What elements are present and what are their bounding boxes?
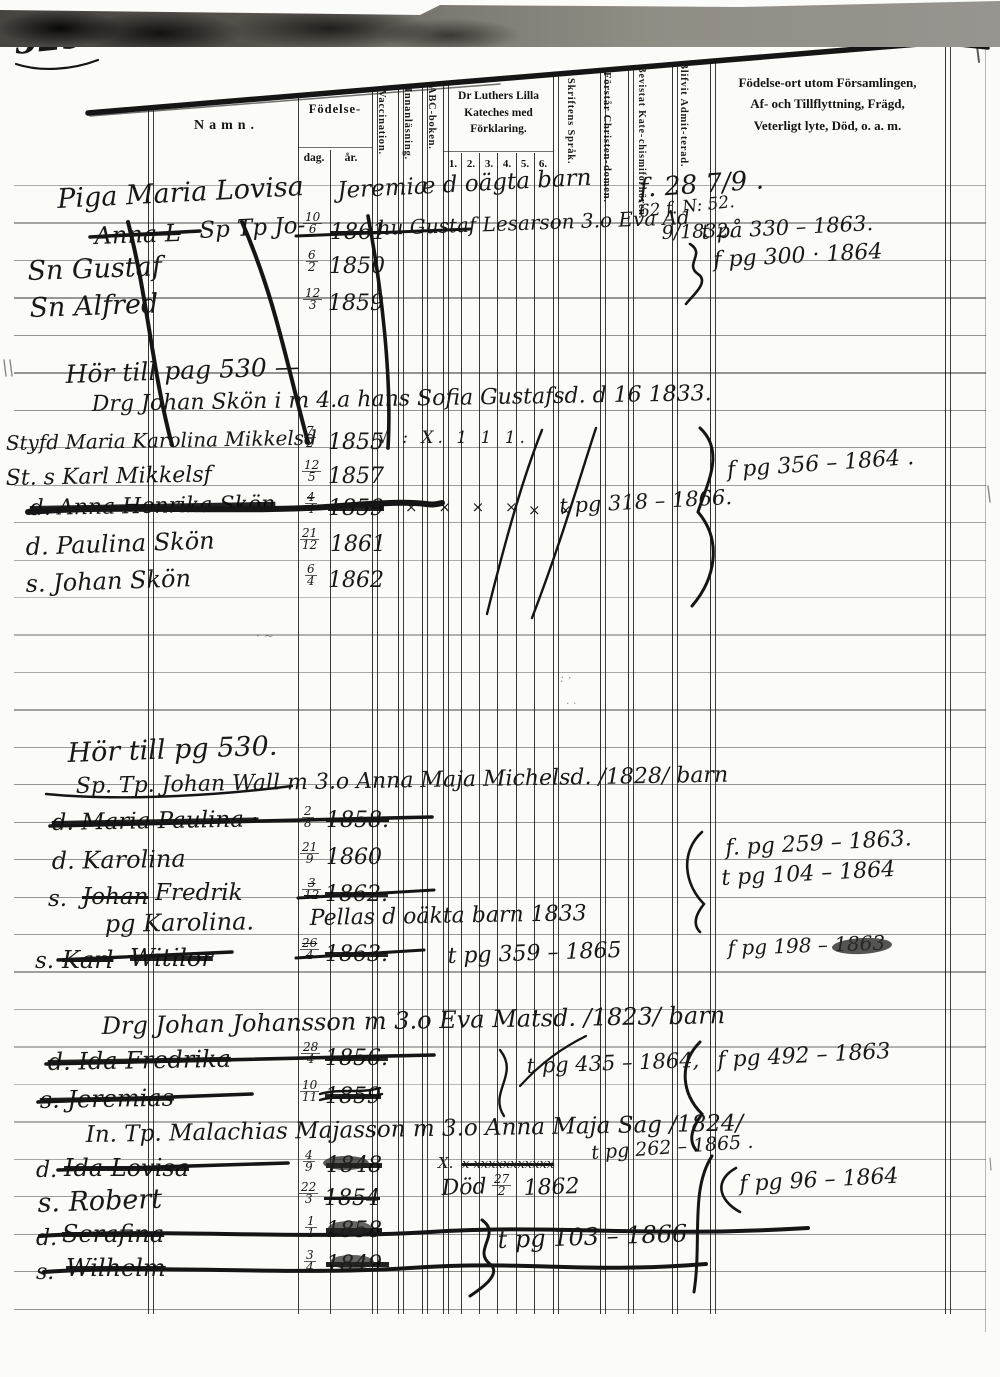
handwritten-entry: Wilhelm [66,1256,166,1280]
handwritten-entry: × × × × [405,500,526,515]
handwritten-entry: Drg Johan Skön i m 4.a hans Sofia Gustaf… [92,383,712,416]
handwritten-entry: x xxxxxxxxxxx [462,1158,554,1171]
handwritten-entry: 1857 [328,466,384,488]
scan-artifact-band [0,0,1000,47]
grid-horizontal-rule [14,522,986,523]
grid-header-rule [298,147,372,148]
handwritten-date-fraction: 49 [303,1150,315,1174]
handwritten-entry: · ~ [256,630,274,642]
handwritten-entry: 1850 [329,256,385,278]
handwritten-entry: 1859 [328,498,384,520]
grid-header-rule [443,151,553,152]
handwritten-entry: √ : X. 1 1 1. [378,430,529,447]
handwritten-date-fraction: 64 [305,564,317,588]
handwritten-entry: 1854 [324,1188,380,1210]
grid-horizontal-rule [14,634,986,635]
handwritten-date-fraction: 2112 [300,528,319,552]
handwritten-entry: 1859 [325,1086,381,1108]
column-header-kateches: Dr Luthers Lilla Kateches med Förklaring… [444,88,553,138]
handwritten-entry: s. [35,950,54,973]
handwritten-entry: d. Maria Paulina · [52,808,259,835]
handwritten-entry: St. s Karl Mikkelsf [6,464,212,490]
handwritten-entry: t pg 359 – 1865 [447,940,622,968]
handwritten-entry: s. [48,888,67,911]
handwritten-entry: X. [438,1156,453,1171]
handwritten-date-fraction: 1011 [300,1080,319,1104]
handwritten-entry: Styfd Maria Karolina Mikkelsd [6,428,317,453]
handwritten-date-fraction: 34 [304,1250,316,1274]
handwritten-date-fraction: 62 [306,250,318,274]
column-header-ar: år. [330,152,372,164]
handwritten-entry: s. [36,1262,54,1284]
grid-horizontal-rule [14,597,986,598]
kateches-sub-3: 3. [480,158,498,170]
handwritten-entry: 1855 [328,432,384,454]
handwritten-entry: 1861 [330,534,386,556]
handwritten-entry: t pg 103 – 1866 [497,1221,688,1252]
handwritten-entry: 1860 [326,847,382,869]
handwritten-entry: f. pg 259 – 1863. [725,828,912,860]
handwritten-entry: Witilor [130,946,213,970]
column-header-blifvit-admitterad: Blifvit Admit- terad. [678,62,689,182]
handwritten-entry: Pellas d oäkta barn 1833 [310,903,587,930]
handwritten-entry: 1858. [326,810,389,832]
handwritten-date-fraction: 44 [305,492,317,516]
handwritten-entry: s. Johan Skön [25,566,191,596]
column-header-namn: Namn. [155,118,298,134]
handwritten-entry: t på 330 – 1863. [701,213,874,243]
handwritten-entry: d. [36,1160,57,1182]
handwritten-date-fraction: 219 [300,842,319,866]
handwritten-date-fraction: 11 [305,1216,317,1240]
handwritten-entry: pg Karolina. [105,909,255,936]
handwritten-entry: Sn Gustaf [27,253,162,285]
grid-horizontal-rule [14,297,986,298]
handwritten-entry: f pg 356 – 1864 . [726,447,914,482]
handwritten-date-fraction: 272 [492,1174,511,1198]
handwritten-entry: 1862. [325,884,388,906]
handwritten-entry: Karl [62,948,113,972]
kateches-sub-2: 2. [462,158,480,170]
handwritten-entry: Hör till pag 530 — [65,354,300,387]
handwritten-entry: d. [36,1228,57,1250]
column-header-dag: dag. [298,152,330,164]
handwritten-entry: Johan [82,886,148,909]
grid-vertical-rule [985,40,986,1332]
handwritten-entry: t pg 104 – 1864 [721,859,896,890]
handwritten-date-fraction: 72 [304,426,316,450]
handwritten-entry: 1849. [326,1254,389,1276]
grid-horizontal-rule [14,672,986,673]
handwritten-entry: d. Anna Henrika Skön [30,494,276,520]
handwritten-entry: Serafina [62,1222,164,1246]
handwritten-entry: 1856. [325,1048,388,1070]
handwritten-entry: s. Robert [37,1186,162,1217]
handwritten-entry: d. Paulina Skön [25,528,215,559]
handwritten-entry: f pg 300 · 1864 [713,241,883,272]
handwritten-entry: Död [441,1176,487,1200]
handwritten-entry: t pg 318 – 1866. [559,487,733,517]
handwritten-entry: : · [560,672,572,684]
handwritten-entry: · · [566,698,577,709]
handwritten-entry: Ida Lovisa [64,1156,189,1180]
column-header-fodelseort: Födelse-ort utom Församlingen, Af- och T… [712,72,943,136]
grid-horizontal-rule [14,709,986,710]
handwritten-entry: d. Karolina [52,847,186,873]
handwritten-entry: 1858 [326,1220,382,1242]
handwritten-entry: s. Jeremias [40,1086,175,1112]
handwritten-date-fraction: 223 [299,1182,318,1206]
handwritten-entry: 1863. [325,944,388,966]
handwritten-entry: f pg 198 – 1863 [727,933,885,958]
handwritten-entry: Anna L [94,221,181,248]
handwritten-entry: 1859 [328,293,384,315]
handwritten-date-fraction: 284 [301,1042,320,1066]
handwritten-entry: d. Ida Fredrika [48,1047,231,1074]
column-header-fodelse: Födelse- [298,102,372,117]
grid-horizontal-rule [14,560,986,561]
handwritten-entry: 1848 [326,1155,382,1177]
grid-horizontal-rule [14,1309,986,1310]
handwritten-entry: Piga Maria Lovisa [57,173,305,213]
handwritten-entry: Fredrik [155,882,243,905]
handwritten-date-fraction: 28 [302,806,314,830]
handwritten-date-fraction: 264 [300,938,319,962]
handwritten-entry: 1862 [523,1176,580,1200]
grid-horizontal-rule [14,335,986,336]
handwritten-entry: 1862 [328,570,384,592]
handwritten-date-fraction: 125 [302,460,321,484]
grid-vertical-rule [945,40,951,1314]
scanned-register-page: 529 Namn. Födelse- dag. år. Vaccination.… [0,0,1000,1377]
handwritten-entry: Hör till pg 530. [67,733,278,767]
handwritten-entry: Sp Tp Jo- [199,214,306,243]
handwritten-entry: Sn Alfred [29,291,159,322]
handwritten-entry: f pg 492 – 1863 [717,1041,891,1072]
handwritten-date-fraction: 312 [302,878,321,902]
handwritten-date-fraction: 106 [303,212,322,236]
handwritten-date-fraction: 123 [303,288,322,312]
handwritten-entry: f pg 96 – 1864 [739,1166,899,1196]
